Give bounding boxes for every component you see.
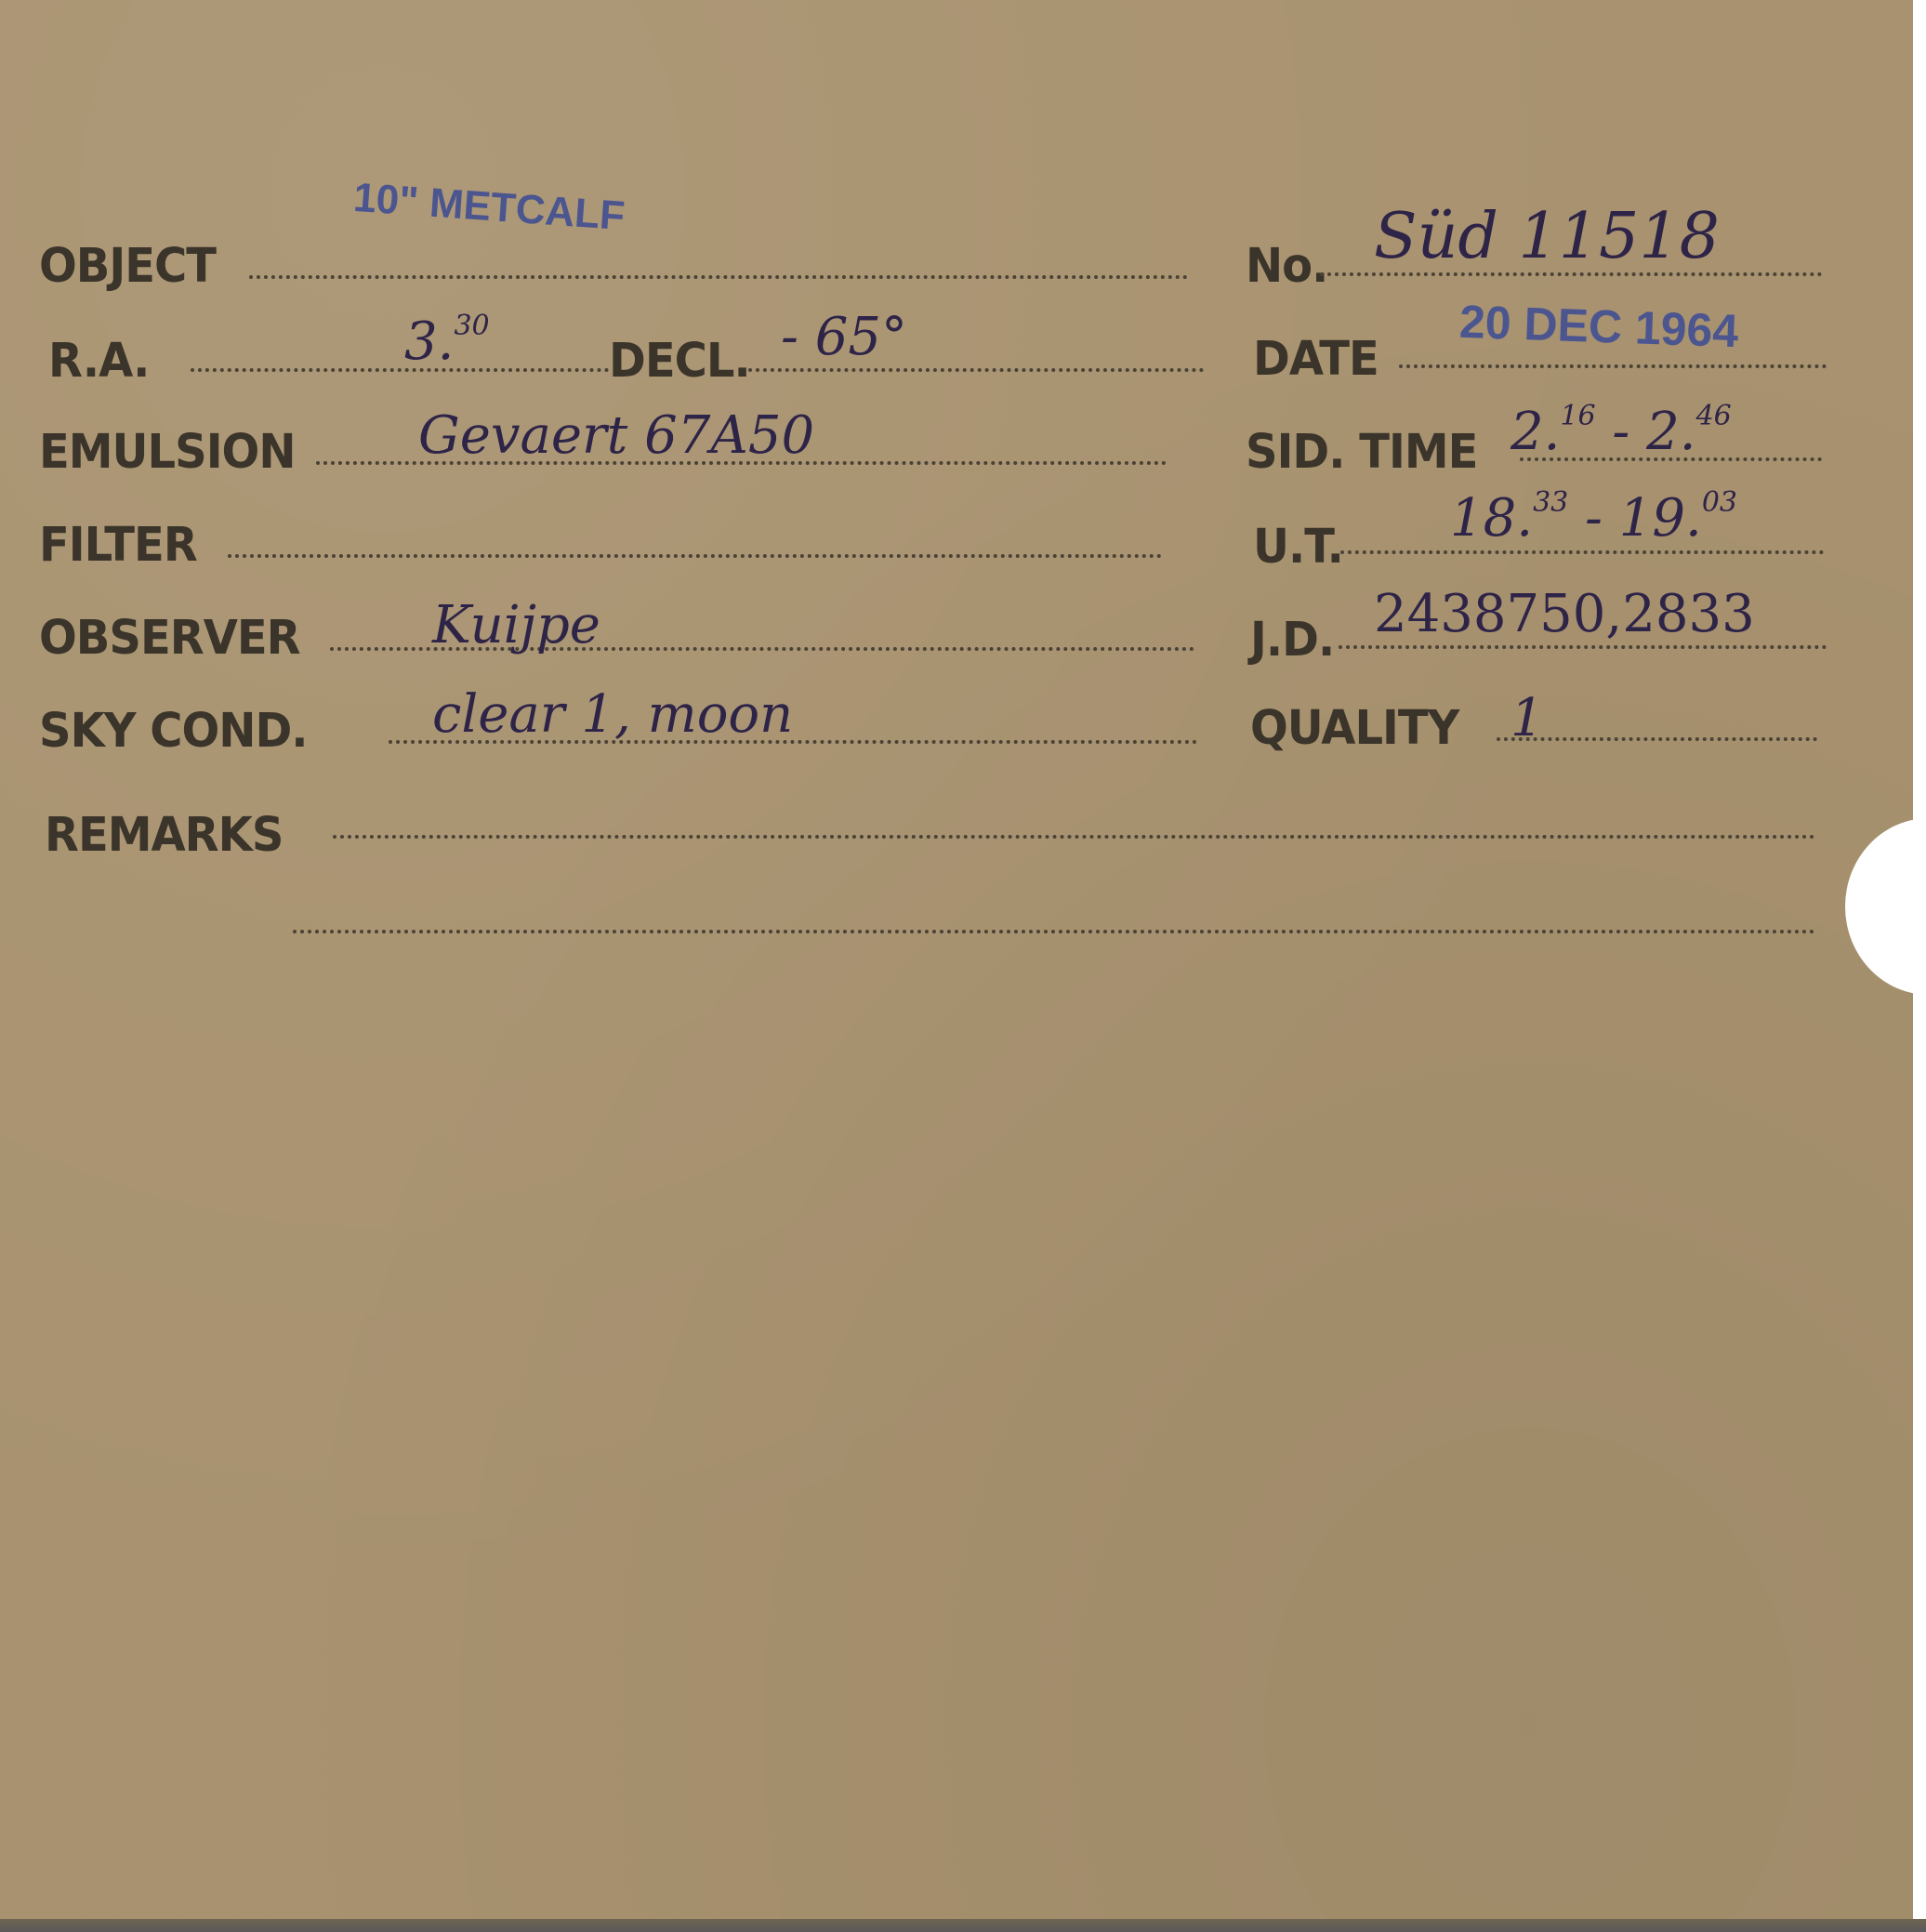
date-line[interactable] bbox=[1399, 364, 1827, 368]
filter-label: FILTER bbox=[39, 518, 197, 573]
jd-line[interactable] bbox=[1339, 645, 1827, 649]
sid-time-value: 2.16 - 2.46 bbox=[1510, 402, 1732, 462]
remarks-line-1[interactable] bbox=[333, 835, 1815, 839]
observer-label: OBSERVER bbox=[39, 611, 300, 666]
ra-label: R.A. bbox=[48, 334, 149, 389]
emulsion-value: Gevaert 67A50 bbox=[418, 405, 814, 466]
bottom-edge-shadow bbox=[0, 1919, 1926, 1932]
sid-time-label: SID. TIME bbox=[1246, 425, 1477, 480]
no-value: Süd 11518 bbox=[1374, 200, 1720, 273]
decl-label: DECL. bbox=[609, 334, 750, 389]
quality-line[interactable] bbox=[1497, 737, 1817, 741]
ut-line[interactable] bbox=[1340, 550, 1824, 554]
remarks-label: REMARKS bbox=[45, 808, 283, 863]
plate-envelope-card: 10" METCALF OBJECT R.A. 3.30 DECL. - 65°… bbox=[0, 0, 1913, 1919]
ra-line[interactable] bbox=[191, 368, 609, 372]
telescope-stamp: 10" METCALF bbox=[352, 175, 627, 240]
decl-line[interactable] bbox=[748, 368, 1204, 372]
jd-value: 2438750,2833 bbox=[1374, 584, 1755, 644]
object-label: OBJECT bbox=[39, 239, 216, 294]
no-label: No. bbox=[1246, 239, 1327, 294]
filter-line[interactable] bbox=[228, 554, 1162, 558]
object-line[interactable] bbox=[249, 275, 1188, 279]
observer-value: Kuijpe bbox=[432, 595, 600, 655]
ra-value: 3.30 bbox=[404, 311, 490, 372]
emulsion-label: EMULSION bbox=[39, 425, 296, 480]
jd-label: J.D. bbox=[1250, 613, 1334, 668]
decl-value: - 65° bbox=[781, 307, 907, 367]
quality-label: QUALITY bbox=[1250, 701, 1458, 756]
ut-label: U.T. bbox=[1253, 520, 1343, 575]
sky-cond-label: SKY COND. bbox=[39, 704, 308, 759]
quality-value: 1 bbox=[1510, 688, 1544, 748]
date-label: DATE bbox=[1253, 332, 1379, 387]
ut-value: 18.33 - 19.03 bbox=[1450, 488, 1737, 549]
remarks-line-2[interactable] bbox=[293, 930, 1815, 933]
date-stamp: 20 DEC 1964 bbox=[1458, 295, 1739, 358]
sky-cond-value: clear 1, moon bbox=[432, 684, 793, 745]
